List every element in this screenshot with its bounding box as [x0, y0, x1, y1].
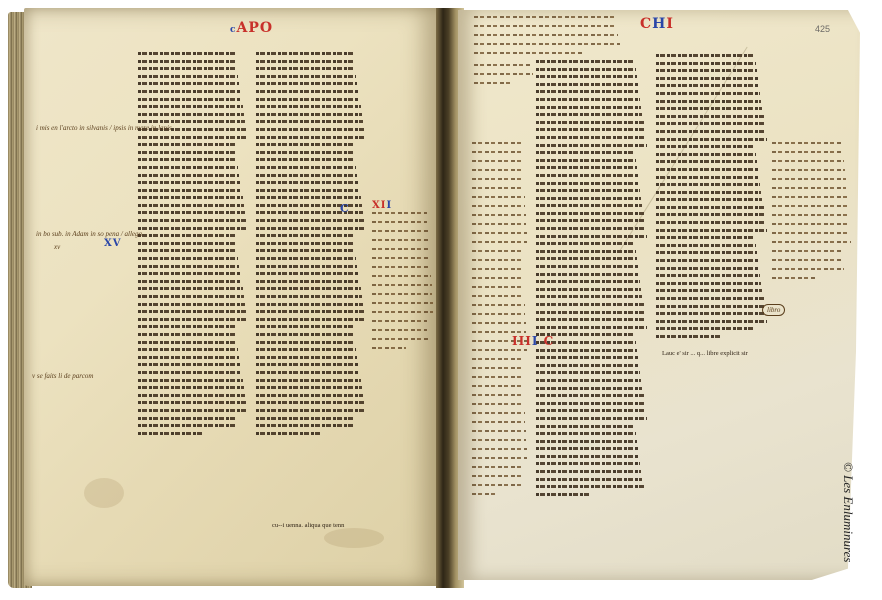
text-line [536, 430, 636, 438]
rubric-c: C [640, 16, 652, 32]
left-rubric-heading: cAPO [230, 20, 273, 36]
text-line [536, 210, 644, 218]
text-line [256, 354, 357, 362]
text-line [656, 249, 757, 257]
text-line [474, 32, 618, 41]
text-line [656, 174, 759, 182]
text-line [656, 280, 761, 288]
inline-rubric-blue: I [386, 200, 392, 211]
text-line [256, 285, 361, 293]
text-line [536, 316, 646, 324]
text-line [656, 272, 760, 280]
text-line [656, 75, 758, 83]
text-line [138, 316, 247, 324]
text-line [772, 158, 844, 167]
text-line [474, 62, 532, 71]
text-line [256, 149, 354, 157]
text-line [656, 325, 755, 333]
text-line [372, 336, 428, 345]
text-line [656, 295, 764, 303]
text-line [138, 323, 235, 331]
text-line [138, 377, 243, 385]
text-line [656, 120, 765, 128]
text-line [372, 300, 433, 309]
left-gloss-column [372, 210, 434, 354]
text-line [138, 422, 236, 430]
text-line [472, 311, 525, 320]
text-line [472, 464, 521, 473]
text-line [472, 482, 522, 491]
text-line [536, 104, 641, 112]
text-line [536, 377, 641, 385]
manuscript-photo: cAPO XII C i mis en l'arcto in silvanis … [0, 0, 882, 600]
text-line [536, 88, 639, 96]
text-line [256, 232, 353, 240]
mid-rubric-red: III [512, 334, 532, 348]
text-line [138, 399, 246, 407]
text-line [138, 88, 240, 96]
text-line [256, 164, 356, 172]
text-line [772, 203, 848, 212]
text-line [472, 419, 525, 428]
text-line [536, 157, 636, 165]
right-text-column-1 [536, 58, 648, 498]
text-line [138, 407, 247, 415]
text-line [472, 356, 521, 365]
right-gloss-column [472, 140, 528, 500]
text-line [472, 185, 524, 194]
text-line [772, 167, 845, 176]
left-blue-initial: C [340, 202, 350, 215]
boxed-marginal-note: libro [762, 304, 785, 316]
text-line [656, 234, 755, 242]
text-line [372, 291, 432, 300]
text-line [138, 187, 241, 195]
margin-note-1: i mis en l'arcto in silvanis / ipsis in … [36, 124, 172, 133]
text-line [256, 339, 355, 347]
text-line [138, 65, 237, 73]
text-line [536, 142, 647, 150]
text-line [372, 273, 431, 282]
text-line [536, 164, 637, 172]
text-line [138, 263, 239, 271]
text-line [256, 194, 361, 202]
text-line [256, 134, 365, 142]
text-line [656, 189, 761, 197]
text-line [772, 140, 842, 149]
text-line [472, 158, 522, 167]
text-line [656, 303, 765, 311]
text-line [472, 383, 523, 392]
text-line [472, 302, 525, 311]
text-line [256, 392, 363, 400]
text-line [536, 233, 647, 241]
text-line [138, 156, 237, 164]
text-line [256, 73, 356, 81]
text-line [472, 491, 496, 500]
text-line [138, 346, 238, 354]
text-line [256, 247, 355, 255]
text-line [256, 179, 358, 187]
text-line [656, 105, 762, 113]
text-line [472, 140, 521, 149]
text-line [536, 263, 638, 271]
text-line [372, 327, 427, 336]
text-line [472, 284, 524, 293]
text-line [656, 52, 755, 60]
left-text-column-2 [256, 50, 366, 437]
text-line [536, 180, 639, 188]
text-line [138, 430, 204, 438]
text-line [138, 172, 239, 180]
text-line [656, 67, 757, 75]
text-line [138, 232, 235, 240]
rubric-text: APO [236, 20, 273, 36]
text-line [138, 255, 238, 263]
text-line [472, 320, 526, 329]
text-line [772, 194, 847, 203]
text-line [138, 308, 246, 316]
text-line [256, 323, 353, 331]
text-line [472, 392, 524, 401]
text-line [256, 369, 359, 377]
text-line [472, 293, 524, 302]
text-line [138, 278, 241, 286]
text-line [256, 263, 357, 271]
text-line [772, 221, 850, 230]
text-line [138, 209, 245, 217]
text-line [656, 227, 767, 235]
text-line [256, 270, 358, 278]
text-line [138, 339, 237, 347]
text-line [256, 316, 365, 324]
text-line [772, 185, 846, 194]
text-line [536, 73, 637, 81]
text-line [536, 225, 646, 233]
text-line [372, 318, 427, 327]
text-line [536, 460, 640, 468]
text-line [536, 58, 635, 66]
text-line [472, 203, 525, 212]
text-line [472, 365, 522, 374]
text-line [656, 158, 757, 166]
text-line [536, 324, 647, 332]
text-line [472, 167, 523, 176]
text-line [536, 392, 644, 400]
copyright-watermark: © Les Enluminures [836, 462, 856, 592]
text-line [372, 228, 428, 237]
text-line [472, 257, 522, 266]
text-line [772, 176, 846, 185]
text-line [372, 237, 428, 246]
text-line [656, 82, 759, 90]
text-line [536, 66, 636, 74]
text-line [536, 255, 637, 263]
text-line [256, 430, 322, 438]
text-line [536, 172, 638, 180]
text-line [256, 118, 363, 126]
text-line [472, 221, 526, 230]
text-line [256, 187, 359, 195]
text-line [256, 80, 357, 88]
text-line [656, 333, 722, 341]
text-line [138, 73, 238, 81]
text-line [138, 331, 236, 339]
text-line [536, 476, 642, 484]
text-line [472, 455, 527, 464]
text-line [656, 310, 766, 318]
text-line [138, 240, 236, 248]
stain [84, 478, 124, 508]
text-line [656, 113, 764, 121]
text-line [256, 156, 355, 164]
text-line [256, 103, 361, 111]
text-line [474, 23, 616, 32]
margin-note-3: xv [54, 243, 60, 252]
text-line [772, 149, 843, 158]
text-line [138, 103, 243, 111]
text-line [472, 275, 523, 284]
text-line [536, 369, 640, 377]
text-line [474, 71, 533, 80]
text-line [536, 423, 635, 431]
text-line [138, 141, 235, 149]
right-rubric-heading: CHI [640, 16, 674, 32]
text-line [536, 187, 640, 195]
text-line [138, 270, 240, 278]
text-line [474, 41, 620, 50]
text-line [536, 385, 642, 393]
text-line [772, 212, 849, 221]
text-line [536, 134, 646, 142]
text-line [256, 255, 356, 263]
left-text-column-1 [138, 50, 248, 437]
text-line [474, 80, 510, 89]
text-line [138, 361, 240, 369]
text-line [138, 164, 238, 172]
text-line [472, 473, 522, 482]
text-line [472, 176, 524, 185]
text-line [138, 354, 239, 362]
text-line [138, 384, 244, 392]
left-chapter-initial: XV [104, 238, 122, 249]
right-top-gloss-2 [474, 62, 540, 89]
text-line [656, 242, 756, 250]
text-line [256, 217, 364, 225]
text-line [656, 136, 767, 144]
text-line [772, 257, 843, 266]
text-line [256, 58, 354, 66]
text-line [138, 134, 247, 142]
text-line [256, 111, 362, 119]
margin-note-4: v se faits li de parcom [32, 372, 93, 381]
text-line [536, 111, 642, 119]
text-line [138, 369, 241, 377]
text-line [256, 172, 357, 180]
text-line [536, 149, 635, 157]
text-line [372, 210, 427, 219]
text-line [256, 346, 356, 354]
text-line [256, 50, 353, 58]
right-top-gloss [474, 14, 634, 59]
text-line [656, 181, 760, 189]
text-line [256, 361, 358, 369]
text-line [256, 331, 354, 339]
rubric-h: H [652, 16, 666, 32]
text-line [536, 483, 644, 491]
text-line [372, 345, 406, 354]
text-line [256, 399, 364, 407]
text-line [372, 246, 429, 255]
text-line [536, 293, 642, 301]
mid-rubric-blue: I [532, 334, 539, 348]
text-line [138, 80, 239, 88]
text-line [772, 230, 850, 239]
text-line [256, 278, 359, 286]
text-line [656, 128, 766, 136]
text-line [656, 257, 758, 265]
text-line [138, 392, 245, 400]
text-line [138, 179, 240, 187]
text-line [256, 422, 354, 430]
text-line [256, 301, 363, 309]
text-line [138, 285, 243, 293]
text-line [536, 202, 642, 210]
text-line [256, 377, 361, 385]
text-line [656, 151, 756, 159]
text-line [472, 401, 524, 410]
right-text-column-2 [656, 52, 768, 341]
text-line [138, 301, 245, 309]
text-line [138, 58, 236, 66]
text-line [656, 60, 756, 68]
stain [324, 528, 384, 548]
text-line [536, 248, 636, 256]
mid-rubric-initial: C [544, 334, 555, 348]
text-line [472, 194, 525, 203]
text-line [256, 384, 362, 392]
catchword: cu--i uenna. aliqua que tenn [272, 522, 344, 529]
text-line [656, 196, 762, 204]
text-line [256, 415, 353, 423]
margin-note-2: in bo sub. in Adam in so pena / allega [36, 230, 142, 239]
text-line [656, 265, 759, 273]
text-line [138, 247, 237, 255]
text-line [256, 96, 359, 104]
text-line [138, 50, 235, 58]
text-line [656, 211, 765, 219]
text-line [138, 194, 243, 202]
folio-number: 425 [815, 24, 830, 34]
text-line [772, 239, 851, 248]
text-line [772, 275, 816, 284]
text-line [372, 309, 433, 318]
text-line [474, 14, 615, 23]
text-line [536, 362, 639, 370]
right-mid-rubric: IIII C [512, 334, 554, 348]
text-line [656, 287, 762, 295]
text-line [372, 255, 430, 264]
text-line [256, 88, 358, 96]
text-line [256, 65, 355, 73]
text-line [772, 248, 842, 257]
text-line [256, 126, 364, 134]
text-line [536, 195, 641, 203]
text-line [256, 141, 353, 149]
text-line [656, 318, 767, 326]
text-line [472, 230, 527, 239]
text-line [536, 271, 639, 279]
text-line [256, 308, 364, 316]
text-line [472, 410, 525, 419]
right-margin-gloss [772, 140, 852, 284]
text-line [472, 149, 522, 158]
text-line [536, 301, 644, 309]
text-line [536, 309, 645, 317]
text-line [138, 225, 247, 233]
text-line [656, 204, 764, 212]
text-line [656, 166, 758, 174]
text-line [472, 239, 527, 248]
text-line [536, 415, 647, 423]
left-inline-rubric: XII [372, 200, 392, 211]
text-line [256, 240, 354, 248]
text-line [472, 428, 526, 437]
text-line [138, 96, 241, 104]
text-line [656, 143, 755, 151]
text-line [472, 446, 527, 455]
text-line [536, 400, 645, 408]
text-line [656, 98, 761, 106]
rubric-i: I [666, 16, 674, 32]
text-line [256, 225, 365, 233]
text-line [256, 293, 362, 301]
text-line [372, 219, 427, 228]
text-line [536, 126, 645, 134]
text-line [256, 407, 365, 415]
text-line [138, 415, 235, 423]
text-line [372, 264, 430, 273]
text-line [536, 81, 638, 89]
text-line [472, 374, 522, 383]
text-line [536, 240, 635, 248]
text-line [656, 90, 760, 98]
text-line [772, 266, 844, 275]
text-line [472, 347, 527, 356]
text-line [138, 217, 246, 225]
text-line [536, 407, 646, 415]
text-line [536, 491, 591, 499]
text-line [536, 119, 644, 127]
text-line [656, 219, 766, 227]
text-line [472, 248, 521, 257]
text-line [472, 212, 526, 221]
text-line [536, 438, 637, 446]
text-line [536, 286, 641, 294]
text-line [536, 453, 639, 461]
text-line [536, 445, 638, 453]
text-line [372, 282, 432, 291]
text-line [536, 278, 640, 286]
inline-rubric-red: XI [372, 200, 386, 211]
text-line [138, 149, 236, 157]
closing-line: Lauc e' sir ... q... libre explicit sir [662, 350, 748, 357]
text-line [536, 96, 640, 104]
text-line [138, 202, 244, 210]
text-line [138, 293, 244, 301]
text-line [536, 354, 638, 362]
text-line [138, 111, 244, 119]
